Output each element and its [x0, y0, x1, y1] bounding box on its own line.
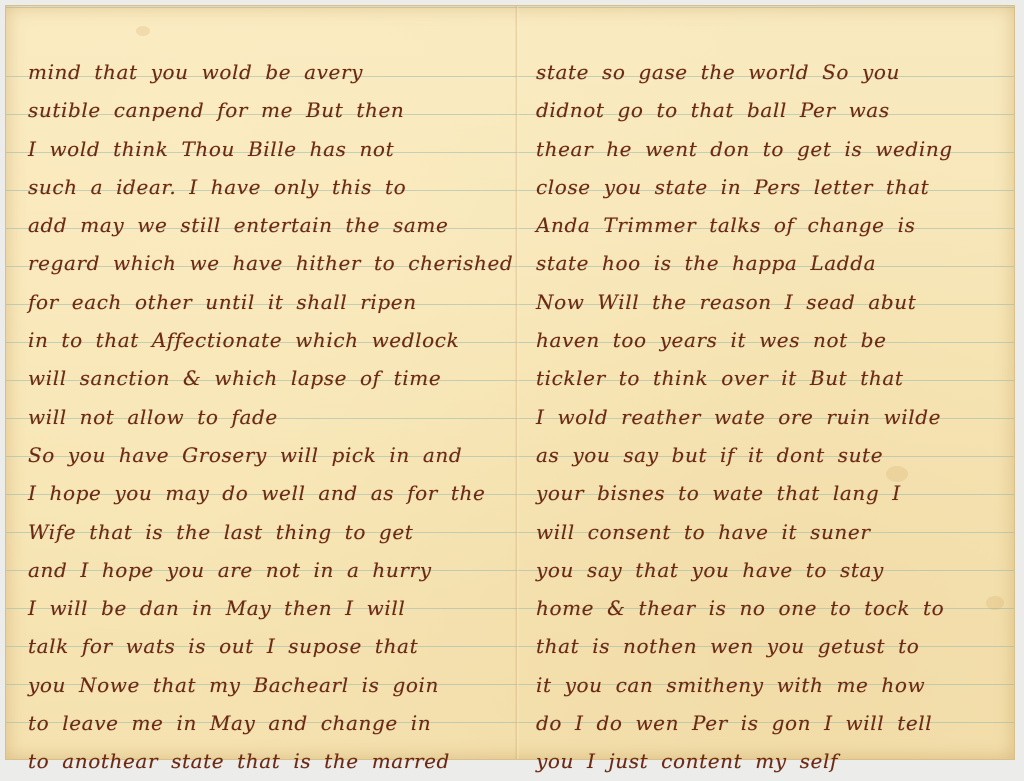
handwritten-line: tickler to think over it But that [536, 359, 1024, 397]
handwritten-line: will sanction & which lapse of time [28, 359, 518, 397]
handwritten-line: Anda Trimmer talks of change is [536, 206, 1024, 244]
handwritten-line: do I do wen Per is gon I will tell [536, 704, 1024, 742]
right-page: state so gase the world So you didnot go… [536, 53, 1024, 769]
handwritten-line: to leave me in May and change in [28, 704, 518, 742]
handwritten-line: I will be dan in May then I will [28, 589, 518, 627]
handwritten-line: thear he went don to get is weding [536, 130, 1024, 168]
handwritten-line: haven too years it wes not be [536, 321, 1024, 359]
handwritten-line: I hope you may do well and as for the [28, 474, 518, 512]
handwritten-line: in to that Affectionate which wedlock [28, 321, 518, 359]
handwritten-line: and I hope you are not in a hurry [28, 551, 518, 589]
handwritten-line: as you say but if it dont sute [536, 436, 1024, 474]
handwritten-line: add may we still entertain the same [28, 206, 518, 244]
handwritten-line: talk for wats is out I supose that [28, 627, 518, 665]
handwritten-line: you say that you have to stay [536, 551, 1024, 589]
handwritten-line: to anothear state that is the marred [28, 742, 518, 769]
handwritten-line: state hoo is the happa Ladda [536, 244, 1024, 282]
handwritten-line: mind that you wold be avery [28, 53, 518, 91]
handwritten-line: state so gase the world So you [536, 53, 1024, 91]
handwritten-line: didnot go to that ball Per was [536, 91, 1024, 129]
handwritten-line: I wold reather wate ore ruin wilde [536, 398, 1024, 436]
handwritten-line: regard which we have hither to cherished [28, 244, 518, 282]
handwritten-line: your bisnes to wate that lang I [536, 474, 1024, 512]
handwritten-line: such a idear. I have only this to [28, 168, 518, 206]
paper-stain [136, 26, 150, 36]
handwritten-line: Wife that is the last thing to get [28, 513, 518, 551]
handwritten-line: Now Will the reason I sead abut [536, 283, 1024, 321]
handwritten-line: home & thear is no one to tock to [536, 589, 1024, 627]
handwritten-line: it you can smitheny with me how [536, 666, 1024, 704]
left-page: mind that you wold be avery sutible canp… [28, 53, 518, 769]
handwritten-line: that is nothen wen you getust to [536, 627, 1024, 665]
handwritten-line: you Nowe that my Bachearl is goin [28, 666, 518, 704]
handwritten-line: for each other until it shall ripen [28, 283, 518, 321]
handwritten-line: you I just content my self [536, 742, 1024, 769]
handwritten-line: will consent to have it suner [536, 513, 1024, 551]
handwritten-line: close you state in Pers letter that [536, 168, 1024, 206]
handwritten-line: sutible canpend for me But then [28, 91, 518, 129]
handwritten-line: So you have Grosery will pick in and [28, 436, 518, 474]
handwritten-line: will not allow to fade [28, 398, 518, 436]
letter-sheet: mind that you wold be avery sutible canp… [5, 5, 1015, 760]
handwritten-line: I wold think Thou Bille has not [28, 130, 518, 168]
